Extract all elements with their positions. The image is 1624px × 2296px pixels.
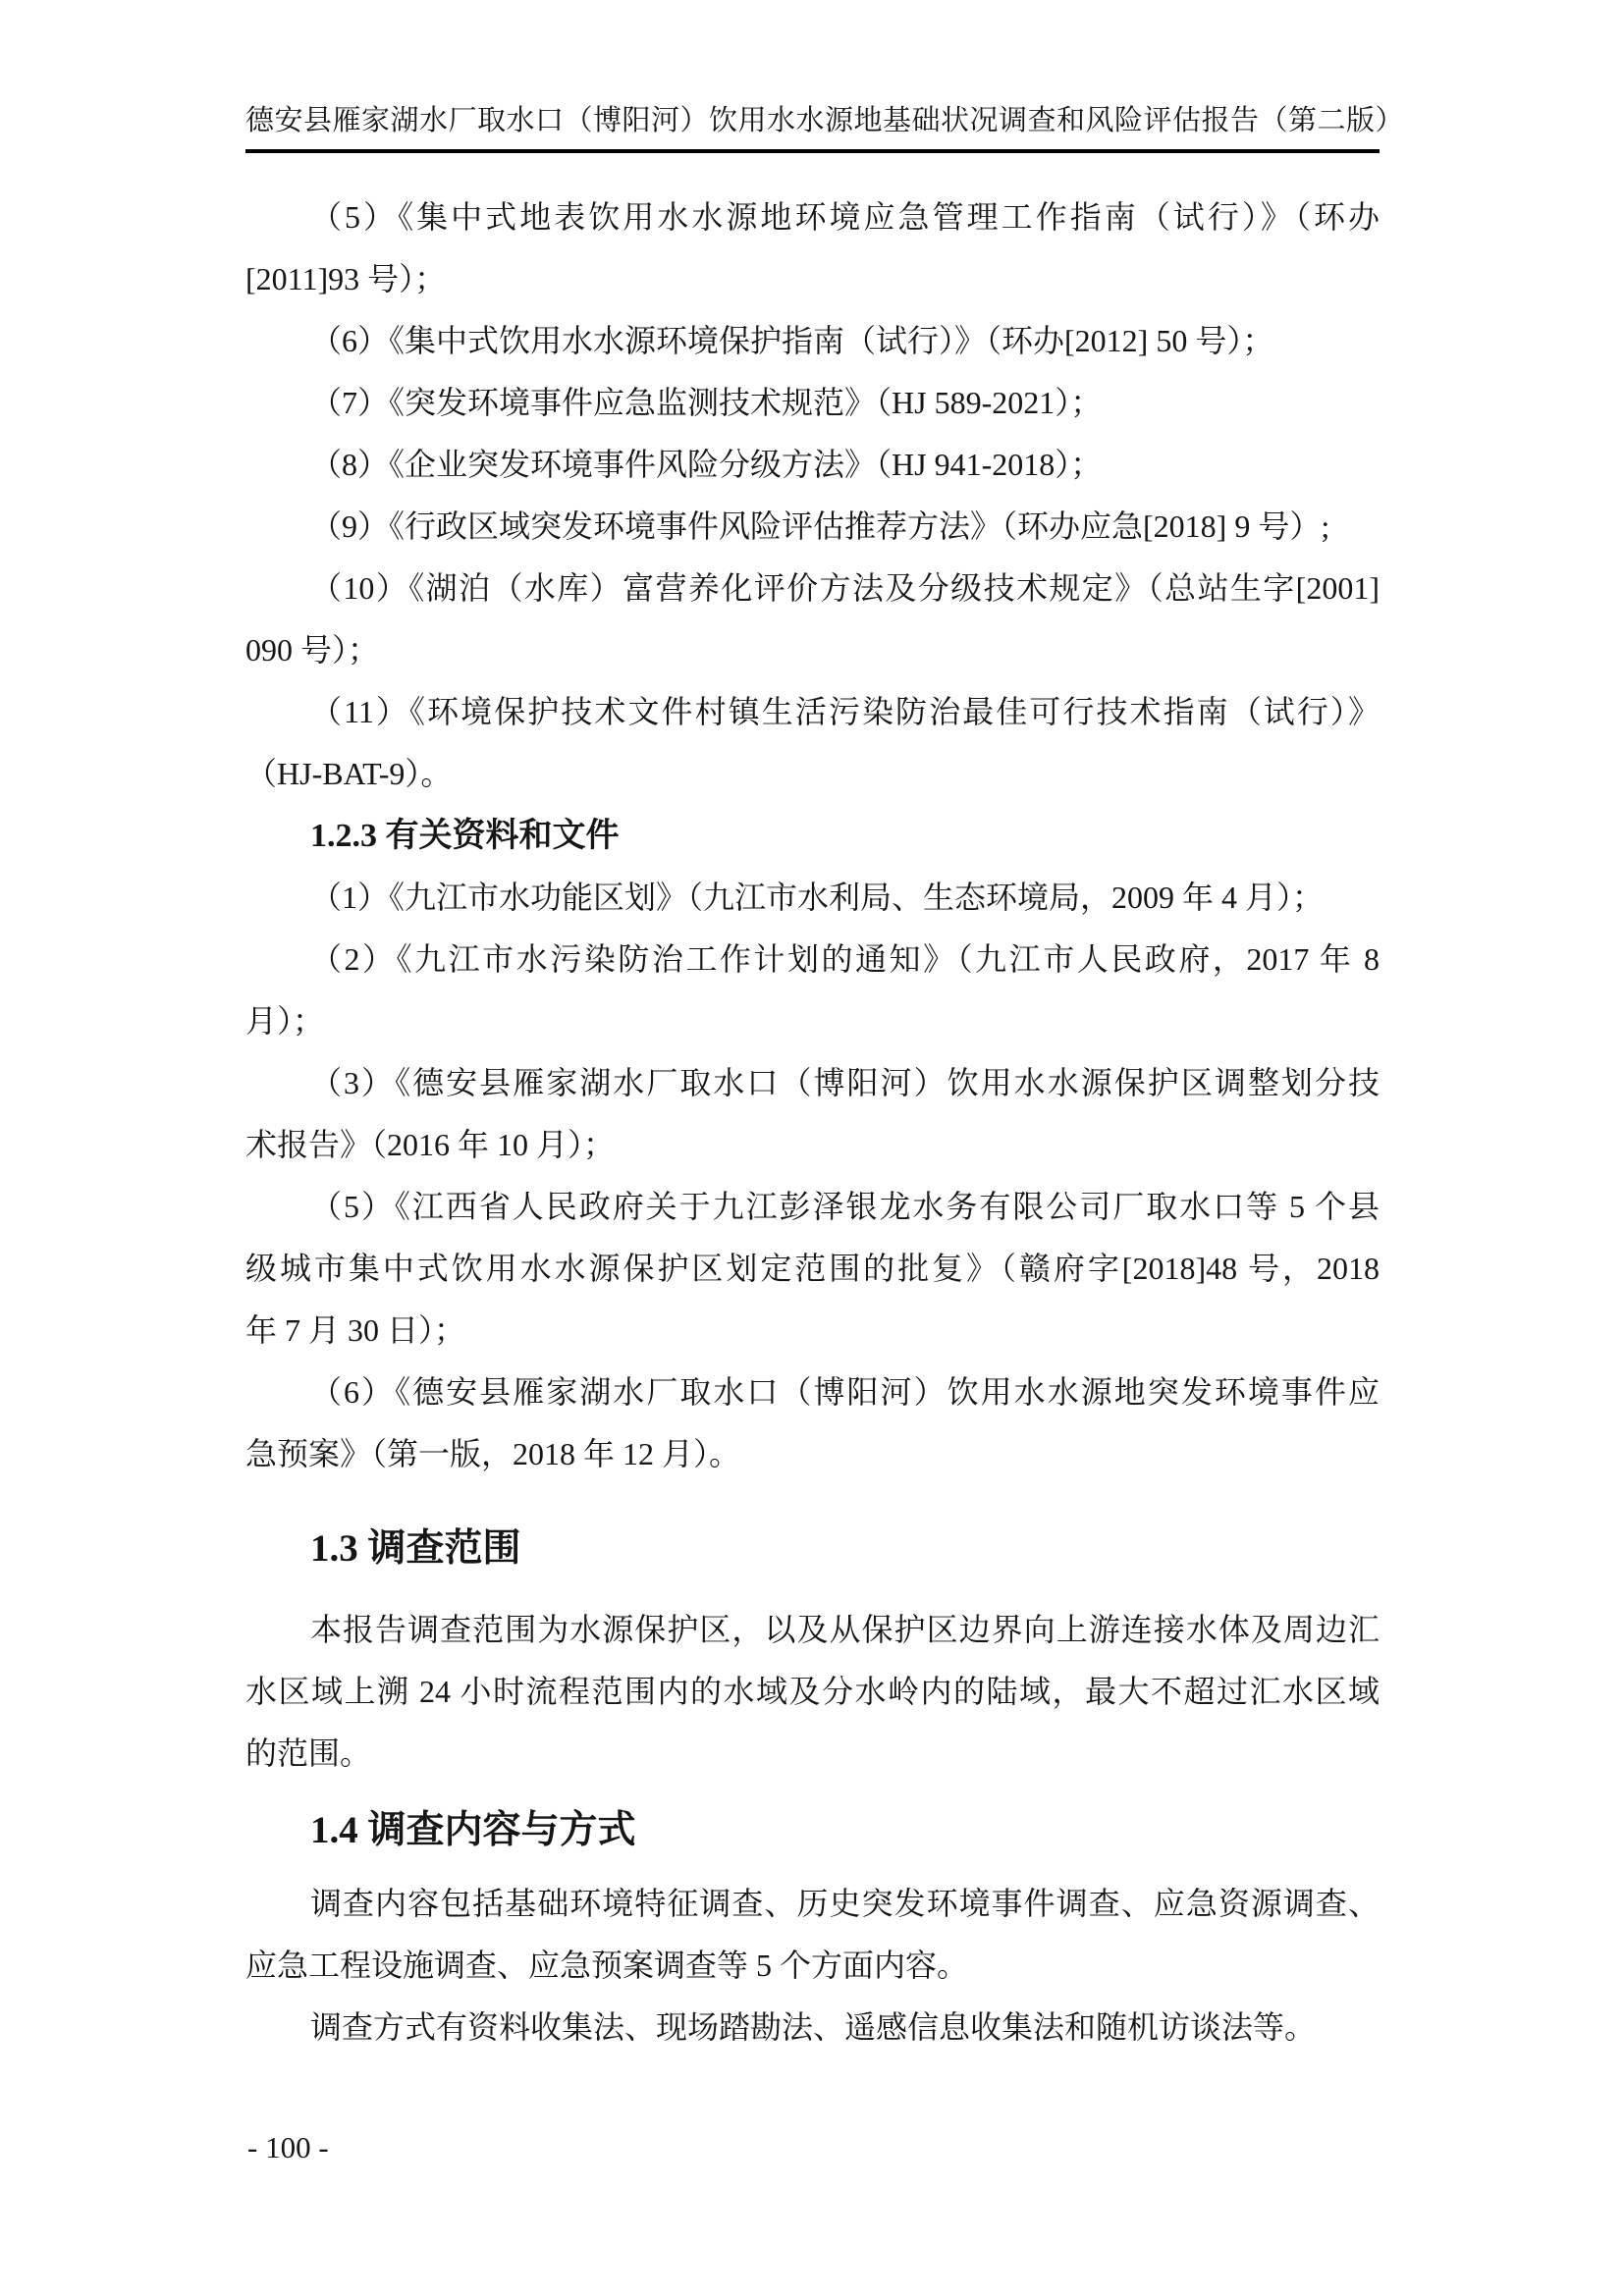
text-line: （6）《德安县雁家湖水厂取水口（博阳河）饮用水水源地突发环境事件应	[245, 1362, 1380, 1423]
text-line: （5）《江西省人民政府关于九江彭泽银龙水务有限公司厂取水口等 5 个县	[245, 1176, 1380, 1238]
header-title: 德安县雁家湖水厂取水口（博阳河）饮用水水源地基础状况调查和风险评估报告（第二版）	[245, 105, 1404, 136]
text-line: 应急工程设施调查、应急预案调查等 5 个方面内容。	[245, 1935, 1380, 1997]
section-heading: 1.2.3 有关资料和文件	[245, 805, 1380, 867]
text-line: 调查方式有资料收集法、现场踏勘法、遥感信息收集法和随机访谈法等。	[245, 1997, 1380, 2058]
text-line: 级城市集中式饮用水水源保护区划定范围的批复》（赣府字[2018]48 号，201…	[245, 1238, 1380, 1300]
text-line: 急预案》（第一版，2018 年 12 月）。	[245, 1423, 1380, 1485]
text-line: （2）《九江市水污染防治工作计划的通知》（九江市人民政府，2017 年 8	[245, 929, 1380, 990]
text-line: （10）《湖泊（水库）富营养化评价方法及分级技术规定》（总站生字[2001]	[245, 558, 1380, 619]
page-footer: - 100 -	[247, 2128, 329, 2167]
text-line: 年 7 月 30 日）；	[245, 1300, 1380, 1362]
text-line: 本报告调查范围为水源保护区，以及从保护区边界向上游连接水体及周边汇	[245, 1599, 1380, 1661]
text-line: （HJ-BAT-9）。	[245, 743, 1380, 805]
document-page: 德安县雁家湖水厂取水口（博阳河）饮用水水源地基础状况调查和风险评估报告（第二版）…	[0, 0, 1624, 2296]
text-line: （1）《九江市水功能区划》（九江市水利局、生态环境局，2009 年 4 月）；	[245, 867, 1380, 929]
text-line: （5）《集中式地表饮用水水源地环境应急管理工作指南（试行）》（环办	[245, 187, 1380, 248]
text-line: （7）《突发环境事件应急监测技术规范》（HJ 589-2021）；	[245, 372, 1380, 434]
text-line: 090 号）；	[245, 619, 1380, 681]
text-line: 水区域上溯 24 小时流程范围内的水域及分水岭内的陆域，最大不超过汇水区域	[245, 1661, 1380, 1723]
text-line: 月）；	[245, 990, 1380, 1052]
text-line: 术报告》（2016 年 10 月）；	[245, 1114, 1380, 1176]
text-line: 的范围。	[245, 1723, 1380, 1785]
document-content: （5）《集中式地表饮用水水源地环境应急管理工作指南（试行）》（环办[2011]9…	[245, 187, 1380, 2058]
text-line: （6）《集中式饮用水水源环境保护指南（试行）》（环办[2012] 50 号）；	[245, 310, 1380, 372]
text-line: （11）《环境保护技术文件村镇生活污染防治最佳可行技术指南（试行）》	[245, 681, 1380, 743]
text-line: 调查内容包括基础环境特征调查、历史突发环境事件调查、应急资源调查、	[245, 1873, 1380, 1935]
text-line: [2011]93 号）；	[245, 248, 1380, 310]
section-heading: 1.3 调查范围	[245, 1515, 1380, 1583]
section-heading: 1.4 调查内容与方式	[245, 1796, 1380, 1865]
text-line: （3）《德安县雁家湖水厂取水口（博阳河）饮用水水源保护区调整划分技	[245, 1052, 1380, 1114]
text-line: （8）《企业突发环境事件风险分级方法》（HJ 941-2018）；	[245, 434, 1380, 496]
page-header: 德安县雁家湖水厂取水口（博阳河）饮用水水源地基础状况调查和风险评估报告（第二版）	[245, 98, 1380, 153]
page-number: - 100 -	[247, 2130, 329, 2164]
text-line: （9）《行政区域突发环境事件风险评估推荐方法》（环办应急[2018] 9 号）;	[245, 496, 1380, 558]
